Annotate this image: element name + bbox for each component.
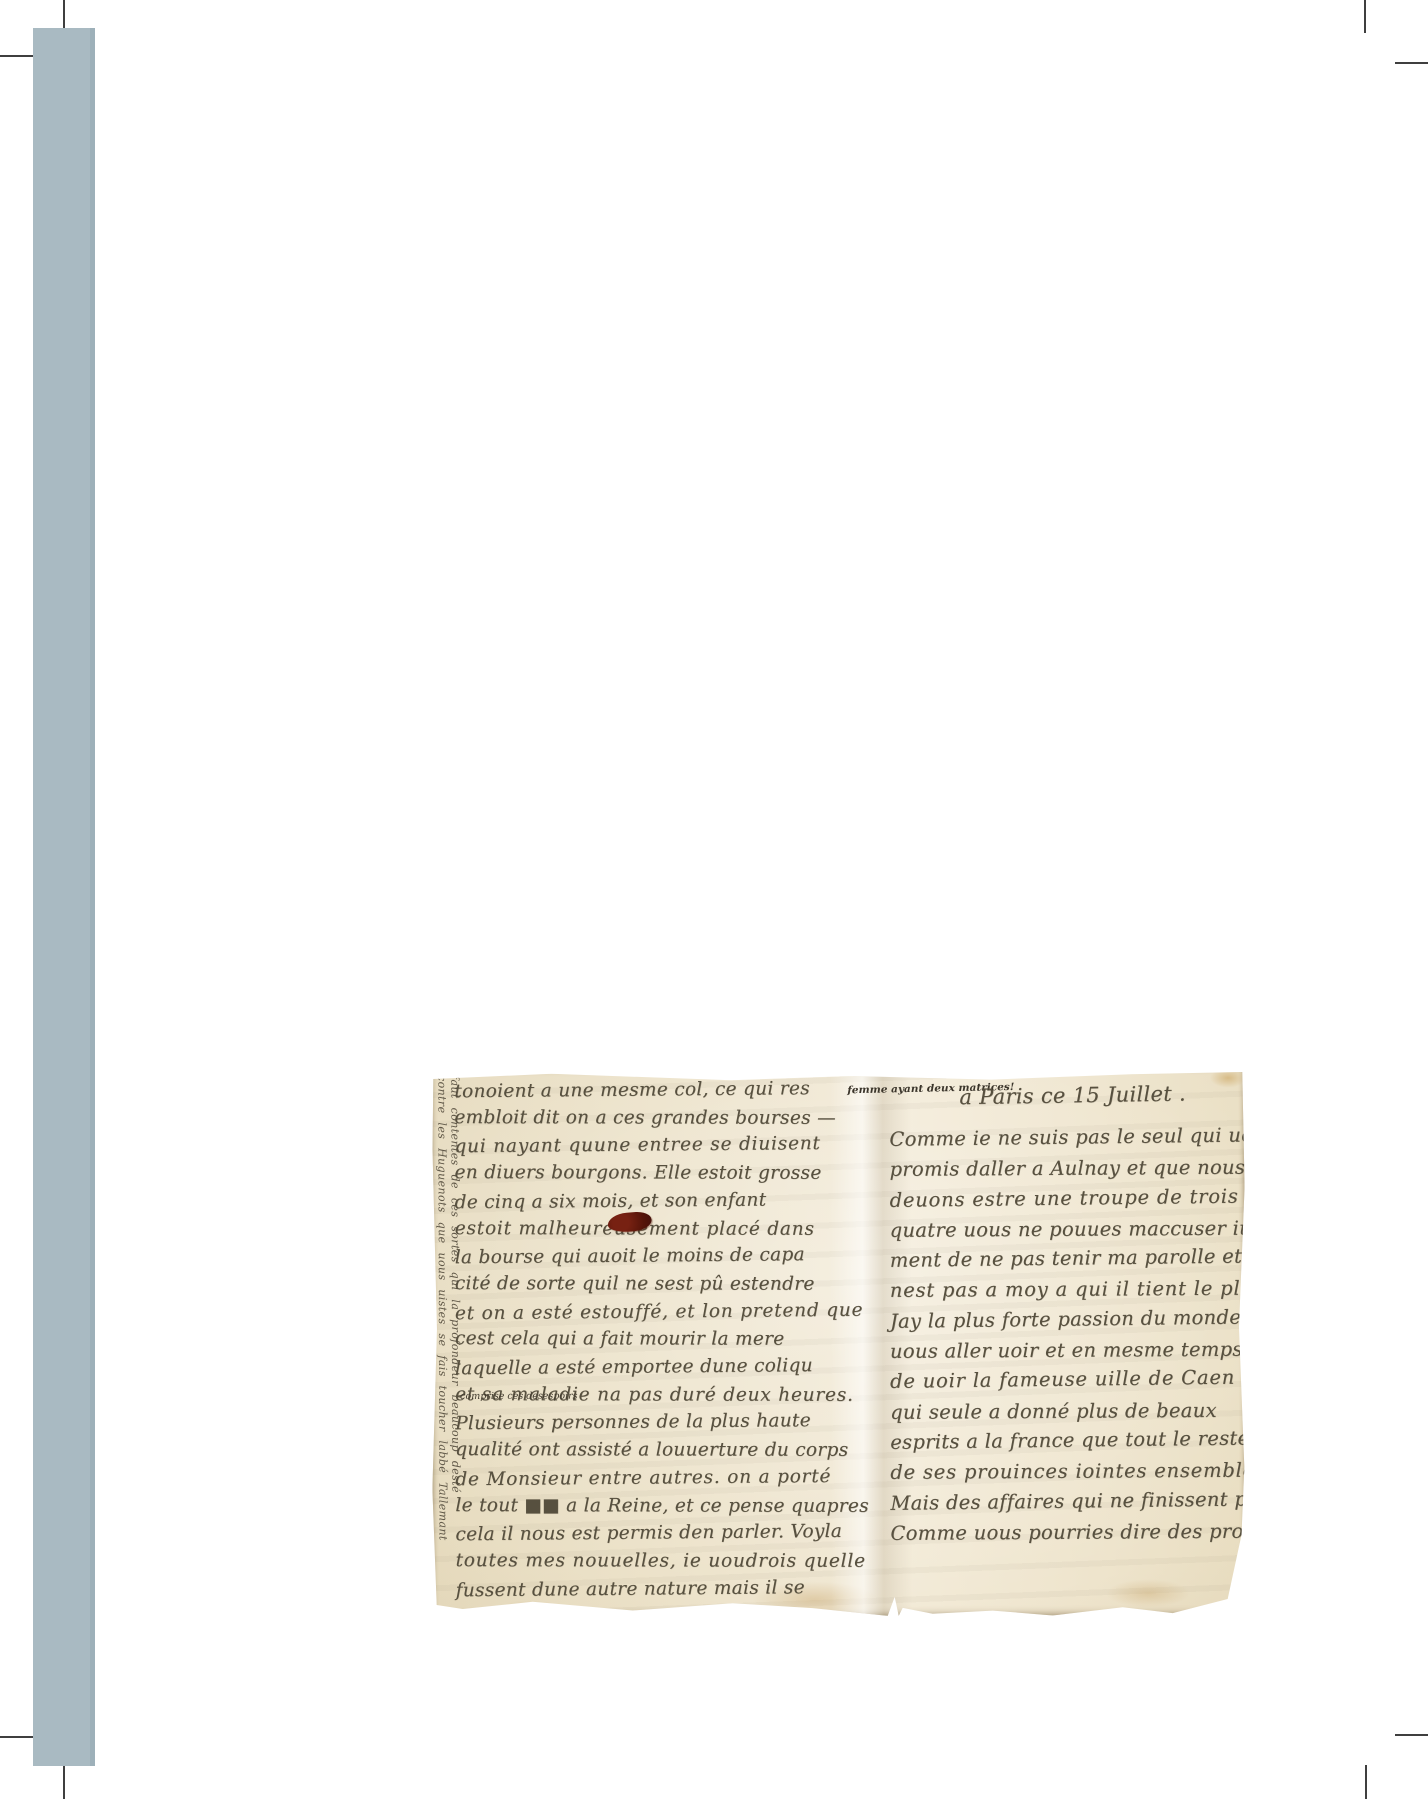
manuscript-line: et on a esté estouffé, et lon pretend qu… [455, 1296, 867, 1327]
manuscript-line: qualité ont assisté a louuerture du corp… [455, 1436, 867, 1464]
manuscript-line: le tout ■■ a la Reine, et ce pense quapr… [455, 1492, 867, 1520]
crop-mark-top-left-vertical [63, 0, 65, 28]
crop-mark-top-right-vertical [1364, 0, 1366, 33]
manuscript-line: de ses prouinces iointes ensemble. [890, 1456, 1246, 1488]
manuscript-line: ment de ne pas tenir ma parolle et ce [890, 1242, 1246, 1277]
crop-mark-bottom-left-vertical [63, 1766, 65, 1799]
crop-mark-top-right-horizontal [1395, 62, 1428, 64]
manuscript-line: laquelle a esté emportee dune coliqu [455, 1352, 867, 1383]
book-proof-page: { "page": { "margin_bar_color": "#a9bac2… [0, 0, 1428, 1799]
manuscript-line: Comme uous pourries dire des proces [890, 1517, 1246, 1549]
manuscript-line: de Monsieur entre autres. on a porté [455, 1463, 867, 1494]
manuscript-line: la bourse qui auoit le moins de capa [455, 1241, 867, 1272]
manuscript-line: qui nayant quune entree se diuisent [454, 1130, 866, 1161]
manuscript-line: Mais des affaires qui ne finissent point [890, 1484, 1246, 1519]
manuscript-scan: faut contentes de ces sortes qui la prof… [431, 1067, 1245, 1617]
manuscript-line: tonoient a une mesme col, ce qui res [454, 1075, 866, 1106]
manuscript-line: de uoir la fameuse uille de Caen [890, 1363, 1246, 1398]
dateline: a Paris ce 15 Juillet . [959, 1082, 1186, 1110]
right-page-text-column: Comme ie ne suis pas le seul qui uous ay… [889, 1124, 1246, 1549]
manuscript-line: nest pas a moy a qui il tient le plus. [890, 1274, 1246, 1306]
manuscript-line: promis daller a Aulnay et que nous — [889, 1153, 1245, 1185]
manuscript-line: cest cela qui a fait mourir la mere [455, 1325, 867, 1353]
page-margin-bar [33, 28, 95, 1766]
manuscript-line: Comme ie ne suis pas le seul qui uous ay [889, 1121, 1245, 1156]
manuscript-line: toutes mes nouuelles, ie uoudrois quelle [456, 1547, 868, 1575]
crop-mark-top-left-horizontal [0, 55, 33, 57]
manuscript-line: en diuers bourgons. Elle estoit grosse [455, 1159, 867, 1187]
manuscript-line: Jay la plus forte passion du monde de [890, 1302, 1246, 1337]
manuscript-line: de cinq a six mois, et son enfant [455, 1185, 867, 1216]
crop-mark-bottom-right-horizontal [1395, 1734, 1428, 1736]
crop-mark-bottom-right-vertical [1365, 1765, 1367, 1799]
manuscript-line: cela il nous est permis den parler. Voyl… [455, 1518, 867, 1549]
manuscript-line: estoit malheureusement placé dans [455, 1215, 867, 1243]
left-page-text-column: tonoient a une mesme col, ce qui res emb… [454, 1076, 867, 1603]
manuscript-line: qui seule a donné plus de beaux [890, 1395, 1246, 1427]
manuscript-line: fussent dune autre nature mais il se [456, 1573, 868, 1604]
manuscript-line: Plusieurs personnes de la plus haute [455, 1407, 867, 1438]
interlinear-annotation: comprise ces desespoirs [460, 1391, 577, 1402]
crop-mark-bottom-left-horizontal [0, 1736, 33, 1738]
manuscript-line: deuons estre une troupe de trois ou [889, 1181, 1245, 1216]
manuscript-line: cité de sorte quil ne sest pû estendre [455, 1270, 867, 1298]
manuscript-line: esprits a la france que tout le reste [890, 1423, 1246, 1458]
manuscript-line: embloit dit on a ces grandes bourses — [454, 1104, 866, 1132]
margin-note-outer: contre les Huguenots que uous uistes se … [435, 1075, 449, 1601]
